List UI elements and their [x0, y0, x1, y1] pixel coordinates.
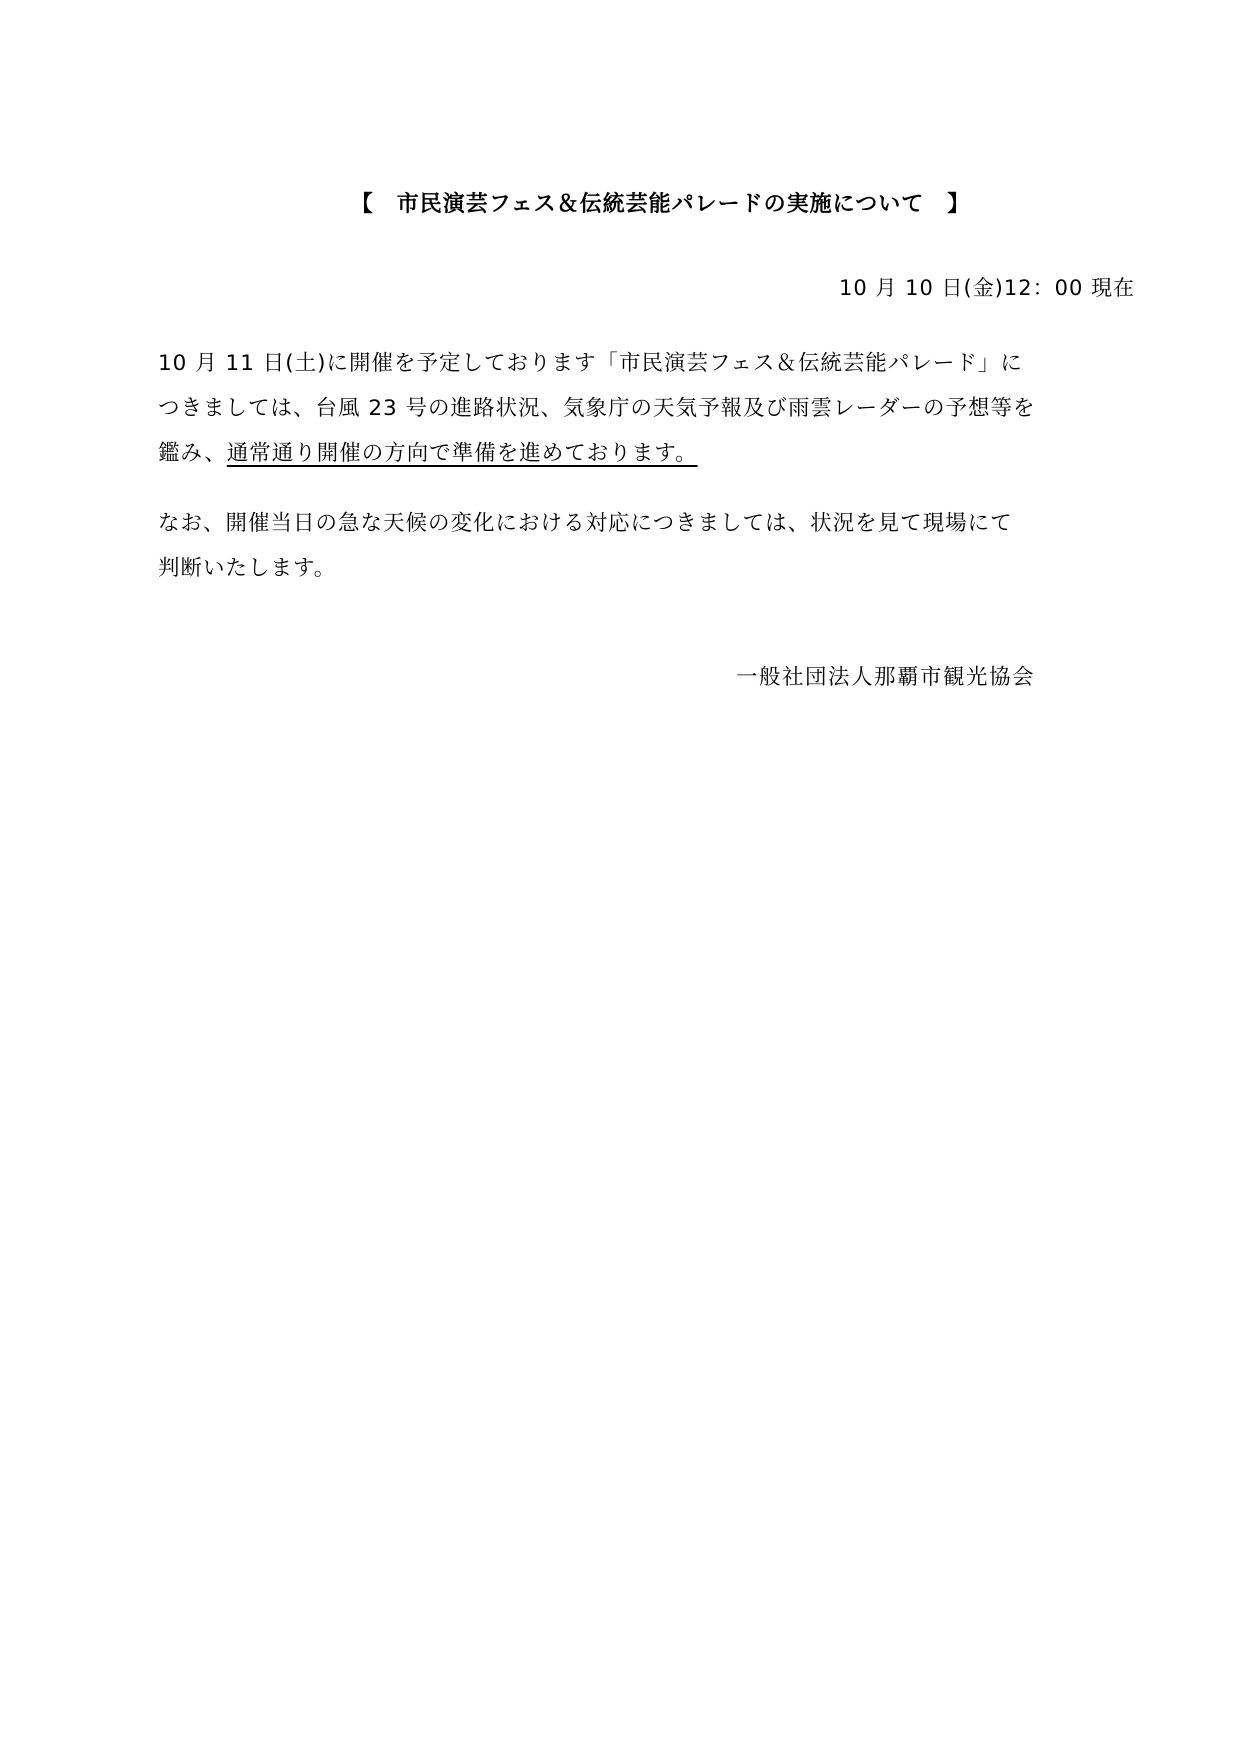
paragraph-2-line-2: 判断いたします。 — [158, 546, 1163, 591]
paragraph-1-underlined-clause: 通常通り開催の方向で準備を進めております。 — [227, 441, 698, 466]
date-stamp: 10 月 10 日(金)12：00 現在 — [158, 273, 1163, 303]
paragraph-1-line-2: つきましては、台風 23 号の進路状況、気象庁の天気予報及び雨雲レーダーの予想等… — [158, 386, 1163, 431]
paragraph-1-line-3: 鑑み、通常通り開催の方向で準備を進めております。 — [158, 431, 1163, 476]
paragraph-weather-note: なお、開催当日の急な天候の変化における対応につきましては、状況を見て現場にて 判… — [158, 501, 1163, 591]
document-content: 【 市民演芸フェス＆伝統芸能パレードの実施について 】 10 月 10 日(金)… — [0, 190, 1241, 693]
paragraph-1-line-1: 10 月 11 日(土)に開催を予定しております「市民演芸フェス＆伝統芸能パレー… — [158, 341, 1163, 386]
paragraph-2-line-1: なお、開催当日の急な天候の変化における対応につきましては、状況を見て現場にて — [158, 501, 1163, 546]
paragraph-event-status: 10 月 11 日(土)に開催を予定しております「市民演芸フェス＆伝統芸能パレー… — [158, 341, 1163, 476]
paragraph-1-line-3-prefix: 鑑み、 — [158, 441, 227, 466]
page-title: 【 市民演芸フェス＆伝統芸能パレードの実施について 】 — [158, 190, 1163, 220]
organization-signature: 一般社団法人那覇市観光協会 — [158, 663, 1163, 693]
document-page: 【 市民演芸フェス＆伝統芸能パレードの実施について 】 10 月 10 日(金)… — [0, 0, 1241, 1755]
